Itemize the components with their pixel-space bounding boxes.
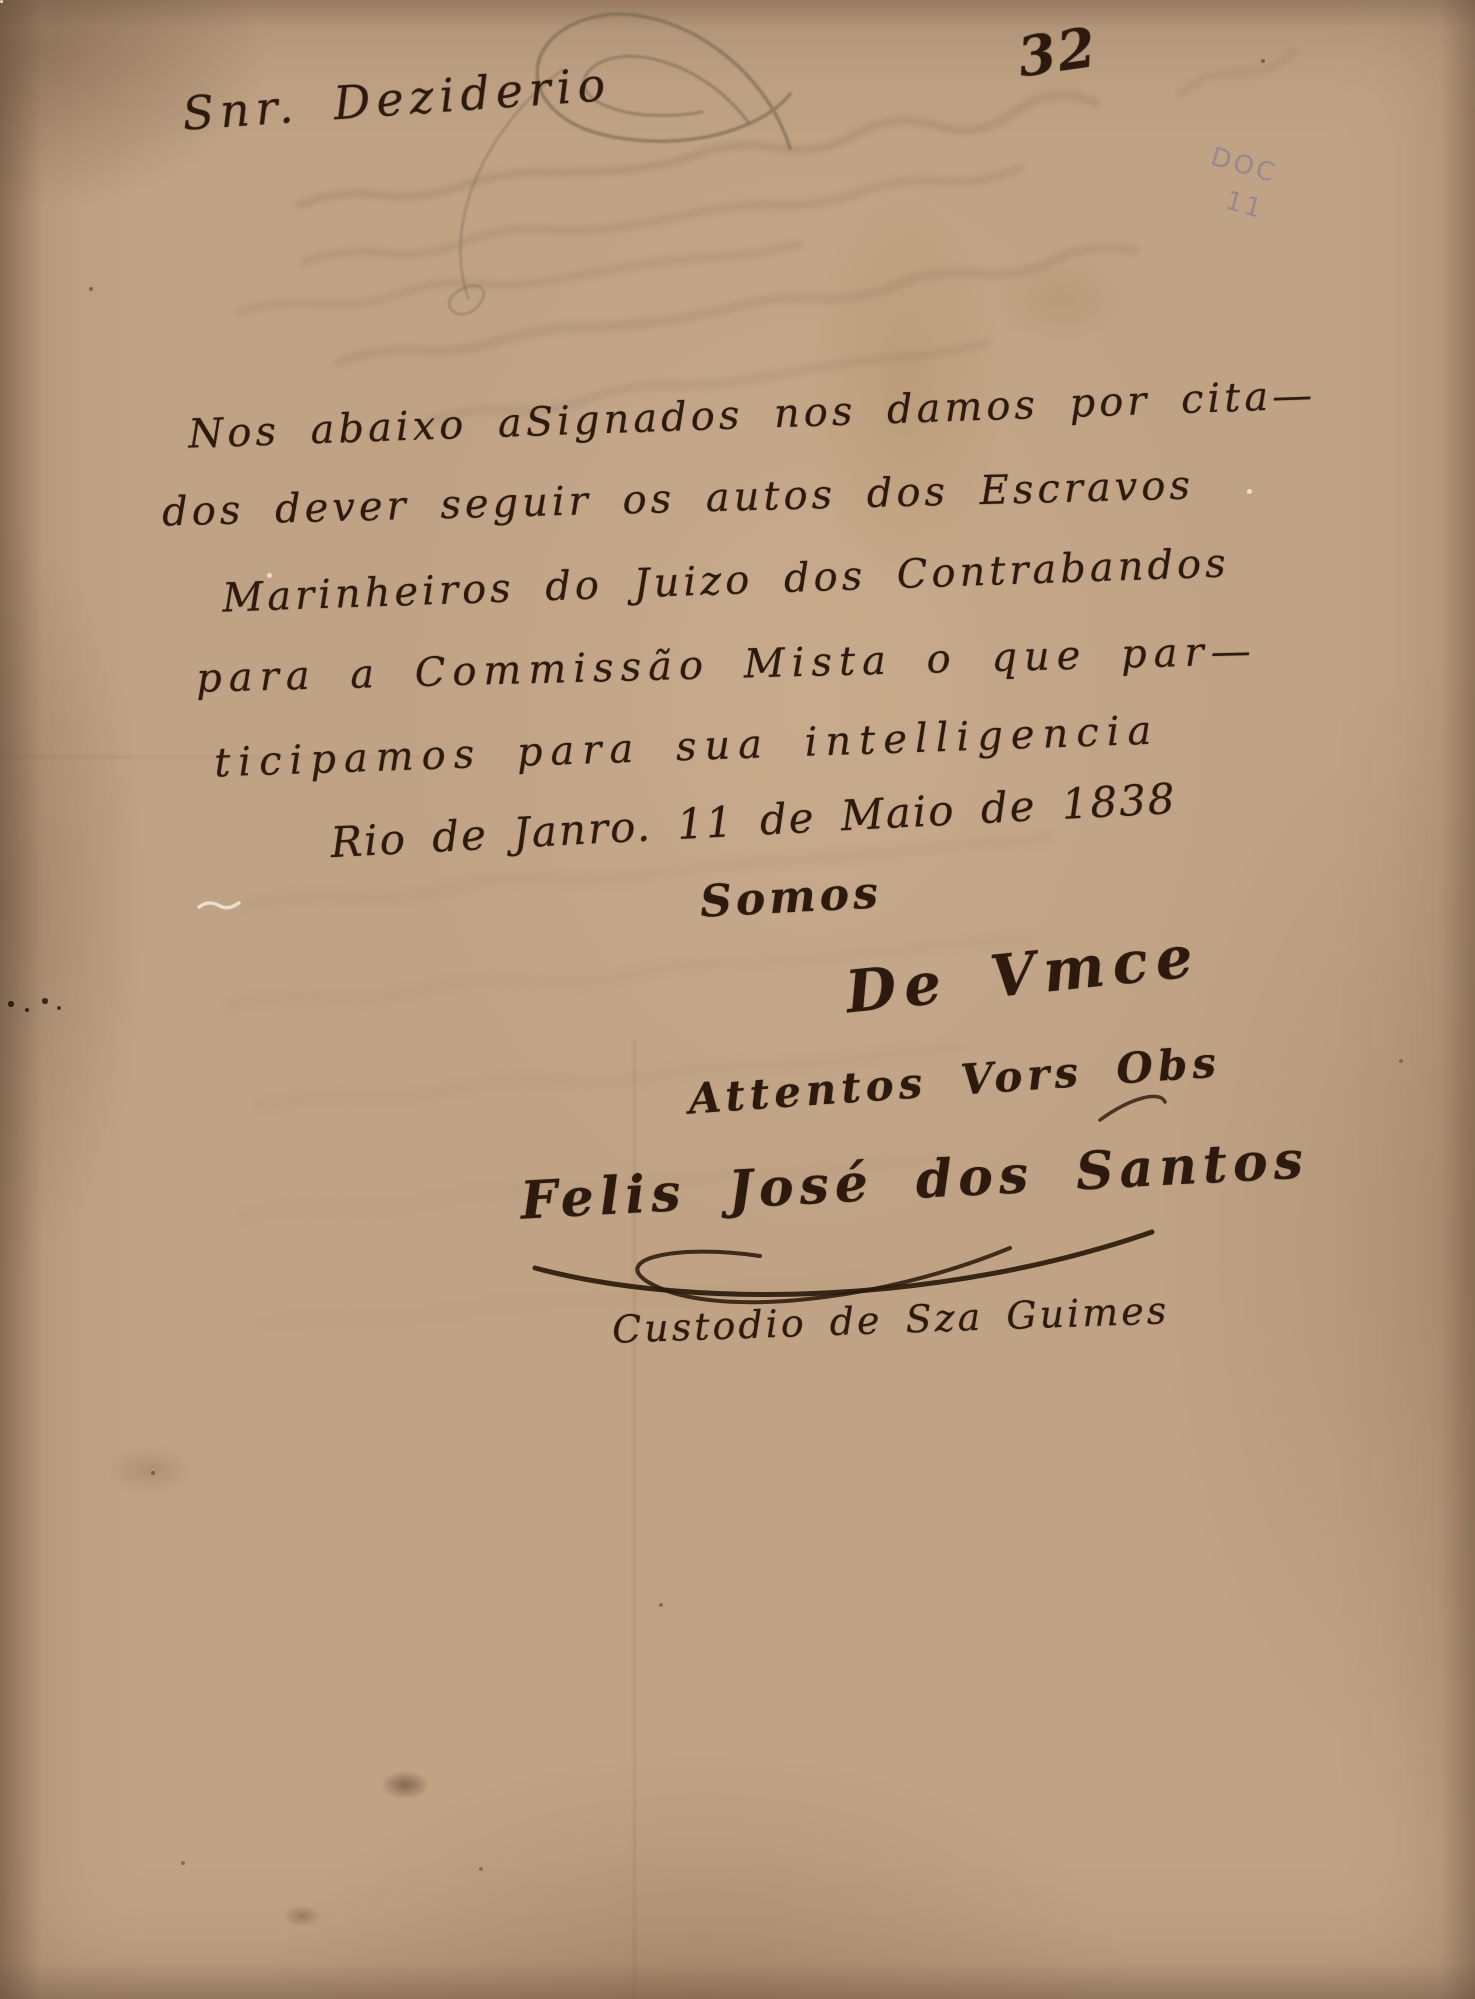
paper-crease-vertical (633, 1040, 636, 1999)
body-line: Nos abaixo aSignados nos damos por cita— (188, 372, 1317, 457)
paper-white-specks (0, 0, 3, 3)
closing-courtesy-flourish: De Vmce (842, 922, 1203, 1027)
signature-2: Custodio de Sza Guimes (611, 1288, 1170, 1351)
manuscript-page: 32 DOC 11 Snr. Deziderio Nos abaixo aSig… (0, 0, 1475, 1999)
paper-crease-horizontal (0, 756, 420, 758)
body-line: dos dever seguir os autos dos Escravos (162, 462, 1195, 535)
closing-attentos: Attentos Vors Obs (687, 1037, 1222, 1123)
white-correction-mark (198, 902, 240, 908)
pencil-flourish (449, 14, 790, 314)
closing-somos: Somos (699, 867, 883, 927)
doc-annotation: DOC 11 (1196, 138, 1282, 230)
signature-1: Felis José dos Santos (519, 1129, 1310, 1231)
bleedthrough-ghost-lines (0, 0, 1475, 1999)
dateline: Rio de Janro. 11 de Maio de 1838 (329, 774, 1177, 867)
body-line: Marinheiros do Juizo dos Contrabandos (222, 540, 1231, 621)
page-number: 32 (1014, 15, 1101, 89)
body-line: ticipamos para sua intelligencia (213, 708, 1160, 787)
body-line: para a Commissão Mista o que par— (196, 628, 1259, 702)
salutation: Snr. Deziderio (181, 57, 613, 141)
